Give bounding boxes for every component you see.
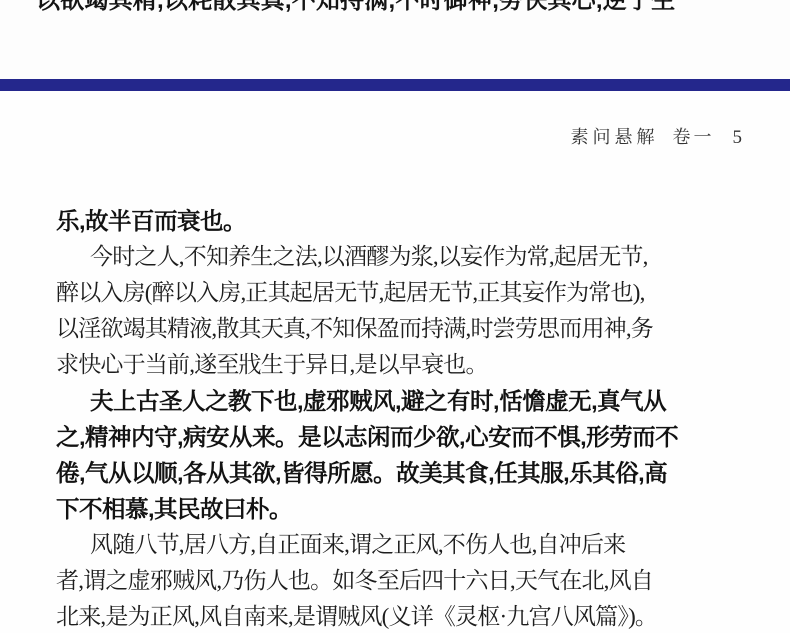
book-page-photo: 以欲竭其精,以耗散其真,不知持满,不时御神,务快其心,逆于生 素问悬解 卷一 5…	[0, 0, 790, 633]
text-line: 以淫欲竭其精液,散其天真,不知保盈而持满,时尝劳思而用神,务	[56, 311, 766, 347]
page-number: 5	[733, 127, 743, 149]
running-head-title: 素问悬解	[571, 123, 659, 149]
text-line: 北来,是为正风,风自南来,是谓贼风(义详《灵枢·九宫八风篇》)。	[56, 599, 766, 633]
running-head-volume: 卷一	[673, 123, 715, 149]
text-line: 乐,故半百而衰也。	[56, 203, 766, 239]
divider-band	[0, 79, 790, 91]
text-line: 求快心于当前,遂至戕生于异日,是以早衰也。	[56, 347, 766, 383]
text-line: 今时之人,不知养生之法,以酒醪为浆,以妄作为常,起居无节,	[56, 239, 766, 275]
previous-page-text-fragment: 以欲竭其精,以耗散其真,不知持满,不时御神,务快其心,逆于生	[36, 0, 675, 13]
text-line: 之,精神内守,病安从来。是以志闲而少欲,心安而不惧,形劳而不	[56, 419, 766, 455]
page-header: 素问悬解 卷一 5	[0, 123, 742, 149]
text-line: 者,谓之虚邪贼风,乃伤人也。如冬至后四十六日,天气在北,风自	[56, 563, 766, 599]
text-line: 倦,气从以顺,各从其欲,皆得所愿。故美其食,任其服,乐其俗,高	[56, 455, 766, 491]
text-line: 风随八节,居八方,自正面来,谓之正风,不伤人也,自冲后来	[56, 527, 766, 563]
text-line: 夫上古圣人之教下也,虚邪贼风,避之有时,恬憺虚无,真气从	[56, 383, 766, 419]
body-text: 乐,故半百而衰也。今时之人,不知养生之法,以酒醪为浆,以妄作为常,起居无节,醉以…	[56, 203, 766, 633]
page-surface: 素问悬解 卷一 5 乐,故半百而衰也。今时之人,不知养生之法,以酒醪为浆,以妄作…	[0, 91, 790, 633]
text-line: 下不相慕,其民故曰朴。	[56, 491, 766, 527]
text-line: 醉以入房(醉以入房,正其起居无节,起居无节,正其妄作为常也),	[56, 275, 766, 311]
